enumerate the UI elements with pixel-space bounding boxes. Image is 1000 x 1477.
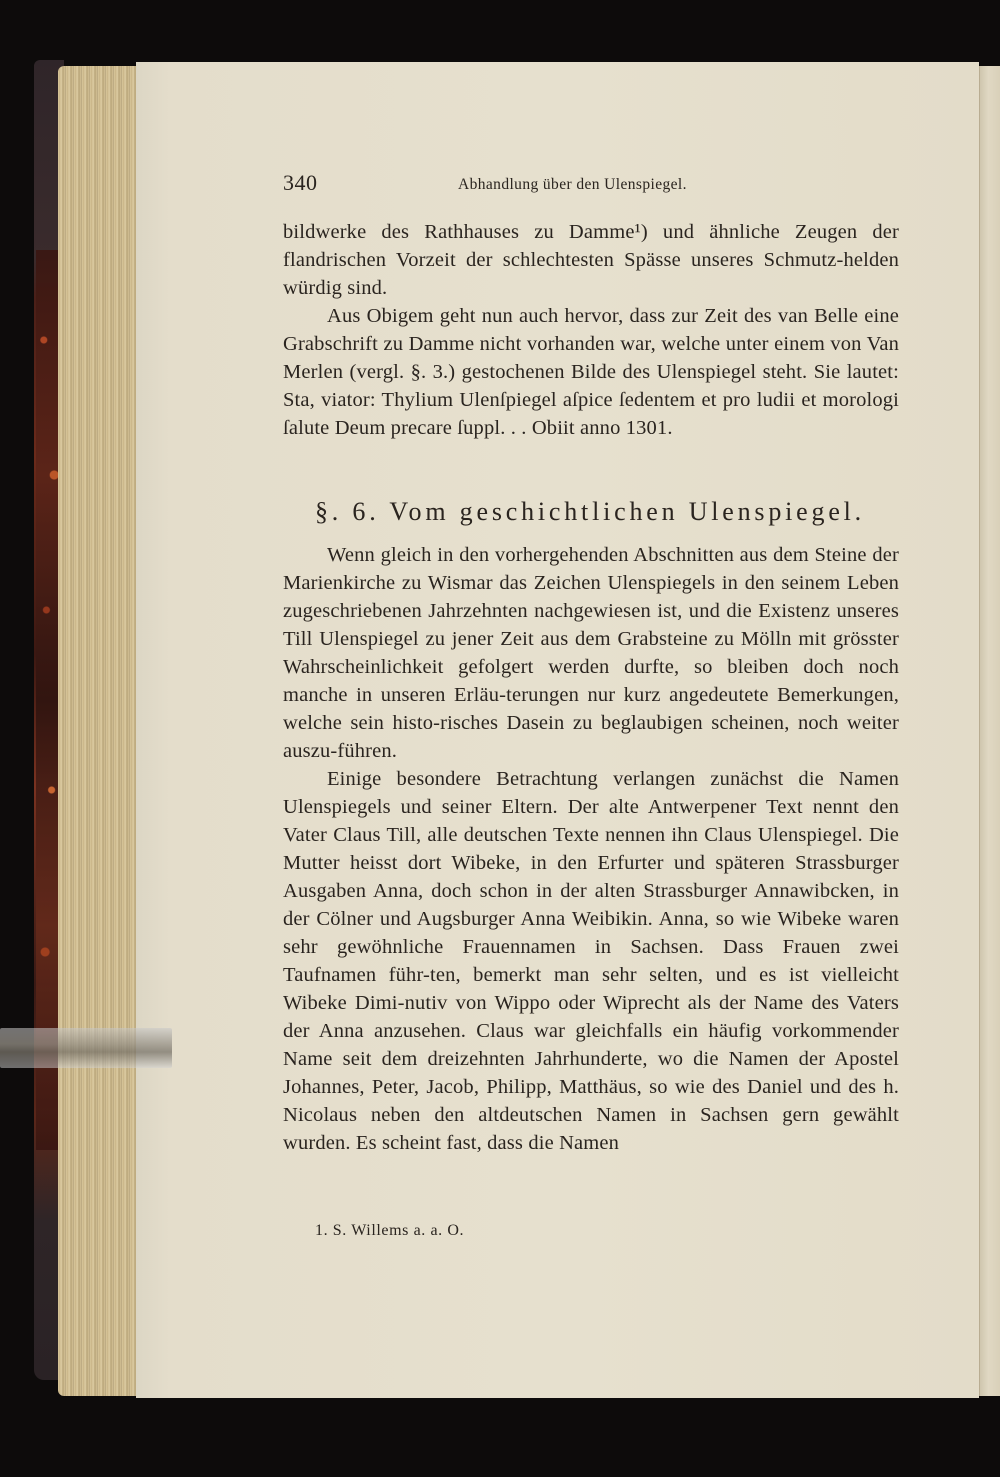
page-number: 340 bbox=[283, 170, 318, 196]
paragraph: Aus Obigem geht nun auch hervor, dass zu… bbox=[283, 302, 899, 442]
page-edges-stack bbox=[58, 66, 138, 1396]
transparent-ruler bbox=[0, 1028, 172, 1068]
body-text-bottom: Wenn gleich in den vorhergehenden Abschn… bbox=[283, 541, 899, 1157]
paragraph: Einige besondere Betrachtung verlangen z… bbox=[283, 765, 899, 1157]
running-title: Abhandlung über den Ulenspiegel. bbox=[458, 176, 687, 194]
facing-page-edge bbox=[979, 66, 1000, 1396]
footnote: 1. S. Willems a. a. O. bbox=[315, 1222, 464, 1240]
running-header: 340 Abhandlung über den Ulenspiegel. bbox=[283, 170, 898, 202]
section-heading: §. 6. Vom geschichtlichen Ulenspiegel. bbox=[315, 497, 875, 527]
body-text-top: bildwerke des Rathhauses zu Damme¹) und … bbox=[283, 218, 899, 442]
paragraph: Wenn gleich in den vorhergehenden Abschn… bbox=[283, 541, 899, 765]
paragraph: bildwerke des Rathhauses zu Damme¹) und … bbox=[283, 218, 899, 302]
